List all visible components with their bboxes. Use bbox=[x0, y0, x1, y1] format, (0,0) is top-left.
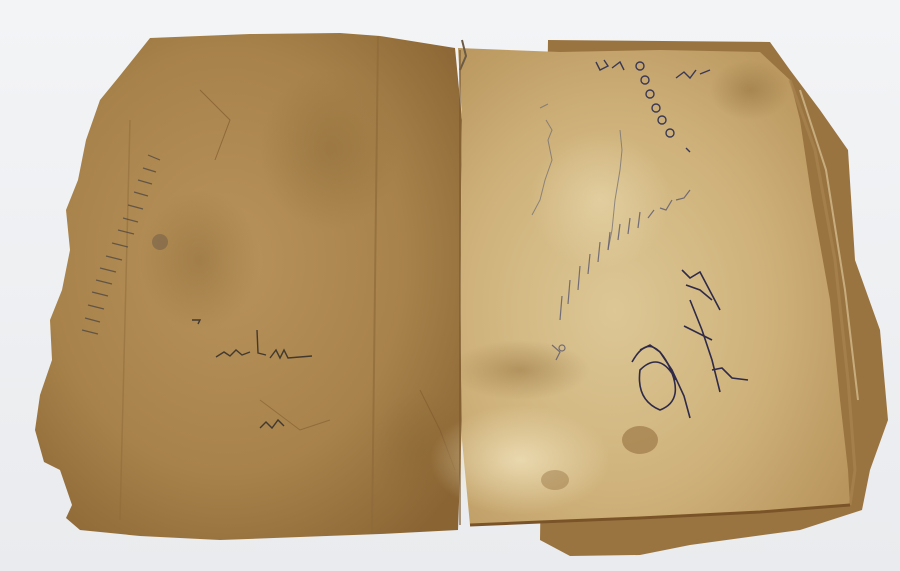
manuscript-photo bbox=[0, 0, 900, 571]
